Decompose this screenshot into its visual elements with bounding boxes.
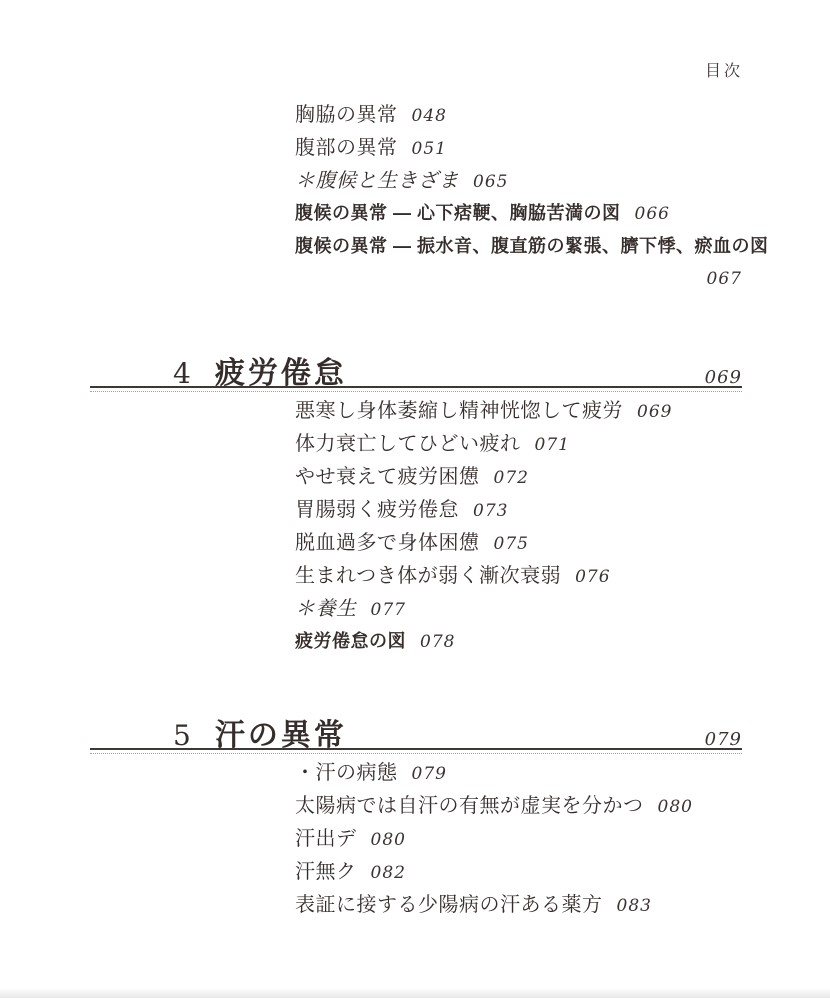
- entry-page-number: 069: [637, 402, 672, 422]
- entry-title: 脱血過多で身体困憊: [295, 530, 480, 554]
- toc-entry-figure: 疲労倦怠の図078: [295, 625, 742, 658]
- toc-section-4: 4 疲労倦怠 069 悪寒し身体萎縮し精神恍惚して疲労069 体力衰亡してひどい…: [90, 348, 742, 658]
- page-bottom-scan-shadow: [0, 988, 830, 998]
- section-number: 5: [173, 719, 191, 752]
- section-entry-list: 悪寒し身体萎縮し精神恍惚して疲労069 体力衰亡してひどい疲れ071 やせ衰えて…: [295, 394, 742, 658]
- toc-entry-page-continuation: 067: [295, 263, 742, 294]
- entry-title: やせ衰えて疲労困憊: [295, 464, 480, 488]
- toc-entry-note: ＊養生077: [295, 592, 742, 625]
- entry-title: 表証に接する少陽病の汗ある薬方: [295, 892, 603, 916]
- entry-title: ＊腹候と生きざま: [295, 168, 459, 192]
- toc-page: 目次 胸脇の異常048 腹部の異常051 ＊腹候と生きざま065 腹候の異常 ―…: [0, 0, 830, 998]
- entry-title: 悪寒し身体萎縮し精神恍惚して疲労: [295, 398, 623, 422]
- entry-page-number: 048: [412, 106, 447, 126]
- entry-title: ・汗の病態: [295, 760, 398, 784]
- entry-title: 腹候の異常 ― 心下痞鞕、胸脇苦満の図: [295, 203, 621, 223]
- toc-front-list: 胸脇の異常048 腹部の異常051 ＊腹候と生きざま065 腹候の異常 ― 心下…: [295, 98, 742, 294]
- toc-entry: 胃腸弱く疲労倦怠073: [295, 493, 742, 526]
- entry-page-number: 082: [371, 863, 406, 883]
- toc-entry: 悪寒し身体萎縮し精神恍惚して疲労069: [295, 394, 742, 427]
- toc-section-5: 5 汗の異常 079 ・汗の病態079 太陽病では自汗の有無が虚実を分かつ080…: [90, 710, 742, 921]
- entry-title: 体力衰亡してひどい疲れ: [295, 431, 521, 455]
- toc-entry: 汗無ク082: [295, 855, 742, 888]
- section-page-number: 079: [705, 729, 742, 750]
- section-title: 汗の異常: [215, 710, 347, 754]
- entry-page-number: 077: [371, 600, 406, 620]
- entry-page-number: 067: [707, 269, 742, 289]
- entry-page-number: 066: [635, 204, 670, 224]
- toc-entry-figure: 腹候の異常 ― 心下痞鞕、胸脇苦満の図066: [295, 197, 742, 230]
- entry-page-number: 071: [535, 435, 570, 455]
- entry-title: 太陽病では自汗の有無が虚実を分かつ: [295, 793, 644, 817]
- toc-entry: 脱血過多で身体困憊075: [295, 526, 742, 559]
- toc-entry: やせ衰えて疲労困憊072: [295, 460, 742, 493]
- entry-page-number: 073: [473, 501, 508, 521]
- toc-entry: 表証に接する少陽病の汗ある薬方083: [295, 888, 742, 921]
- entry-title: 腹候の異常 ― 振水音、腹直筋の緊張、臍下悸、瘀血の図: [295, 236, 769, 256]
- entry-title: 汗無ク: [295, 859, 357, 883]
- entry-title: 汗出デ: [295, 826, 357, 850]
- entry-page-number: 075: [494, 534, 529, 554]
- entry-page-number: 051: [412, 139, 447, 159]
- section-title: 疲労倦怠: [215, 348, 347, 392]
- section-heading: 4 疲労倦怠 069: [90, 348, 742, 386]
- page-header-label: 目次: [705, 58, 743, 81]
- entry-page-number: 078: [420, 632, 455, 652]
- entry-title: ＊養生: [295, 596, 357, 620]
- entry-page-number: 079: [412, 764, 447, 784]
- entry-title: 腹部の異常: [295, 135, 398, 159]
- entry-page-number: 065: [473, 172, 508, 192]
- section-entry-list: ・汗の病態079 太陽病では自汗の有無が虚実を分かつ080 汗出デ080 汗無ク…: [295, 756, 742, 921]
- entry-title: 生まれつき体が弱く漸次衰弱: [295, 563, 561, 587]
- toc-entry-figure: 腹候の異常 ― 振水音、腹直筋の緊張、臍下悸、瘀血の図: [295, 230, 742, 263]
- entry-page-number: 080: [371, 830, 406, 850]
- entry-page-number: 076: [575, 567, 610, 587]
- entry-page-number: 080: [658, 797, 693, 817]
- section-page-number: 069: [705, 367, 742, 388]
- entry-page-number: 083: [617, 896, 652, 916]
- entry-page-number: 072: [494, 468, 529, 488]
- toc-entry: 太陽病では自汗の有無が虚実を分かつ080: [295, 789, 742, 822]
- toc-entry: 体力衰亡してひどい疲れ071: [295, 427, 742, 460]
- toc-entry: 胸脇の異常048: [295, 98, 742, 131]
- toc-entry-note: ＊腹候と生きざま065: [295, 164, 742, 197]
- toc-entry: 生まれつき体が弱く漸次衰弱076: [295, 559, 742, 592]
- entry-title: 疲労倦怠の図: [295, 631, 406, 651]
- toc-entry: ・汗の病態079: [295, 756, 742, 789]
- toc-entry: 腹部の異常051: [295, 131, 742, 164]
- entry-title: 胸脇の異常: [295, 102, 398, 126]
- section-number: 4: [173, 357, 191, 390]
- section-heading: 5 汗の異常 079: [90, 710, 742, 748]
- entry-title: 胃腸弱く疲労倦怠: [295, 497, 459, 521]
- toc-entry: 汗出デ080: [295, 822, 742, 855]
